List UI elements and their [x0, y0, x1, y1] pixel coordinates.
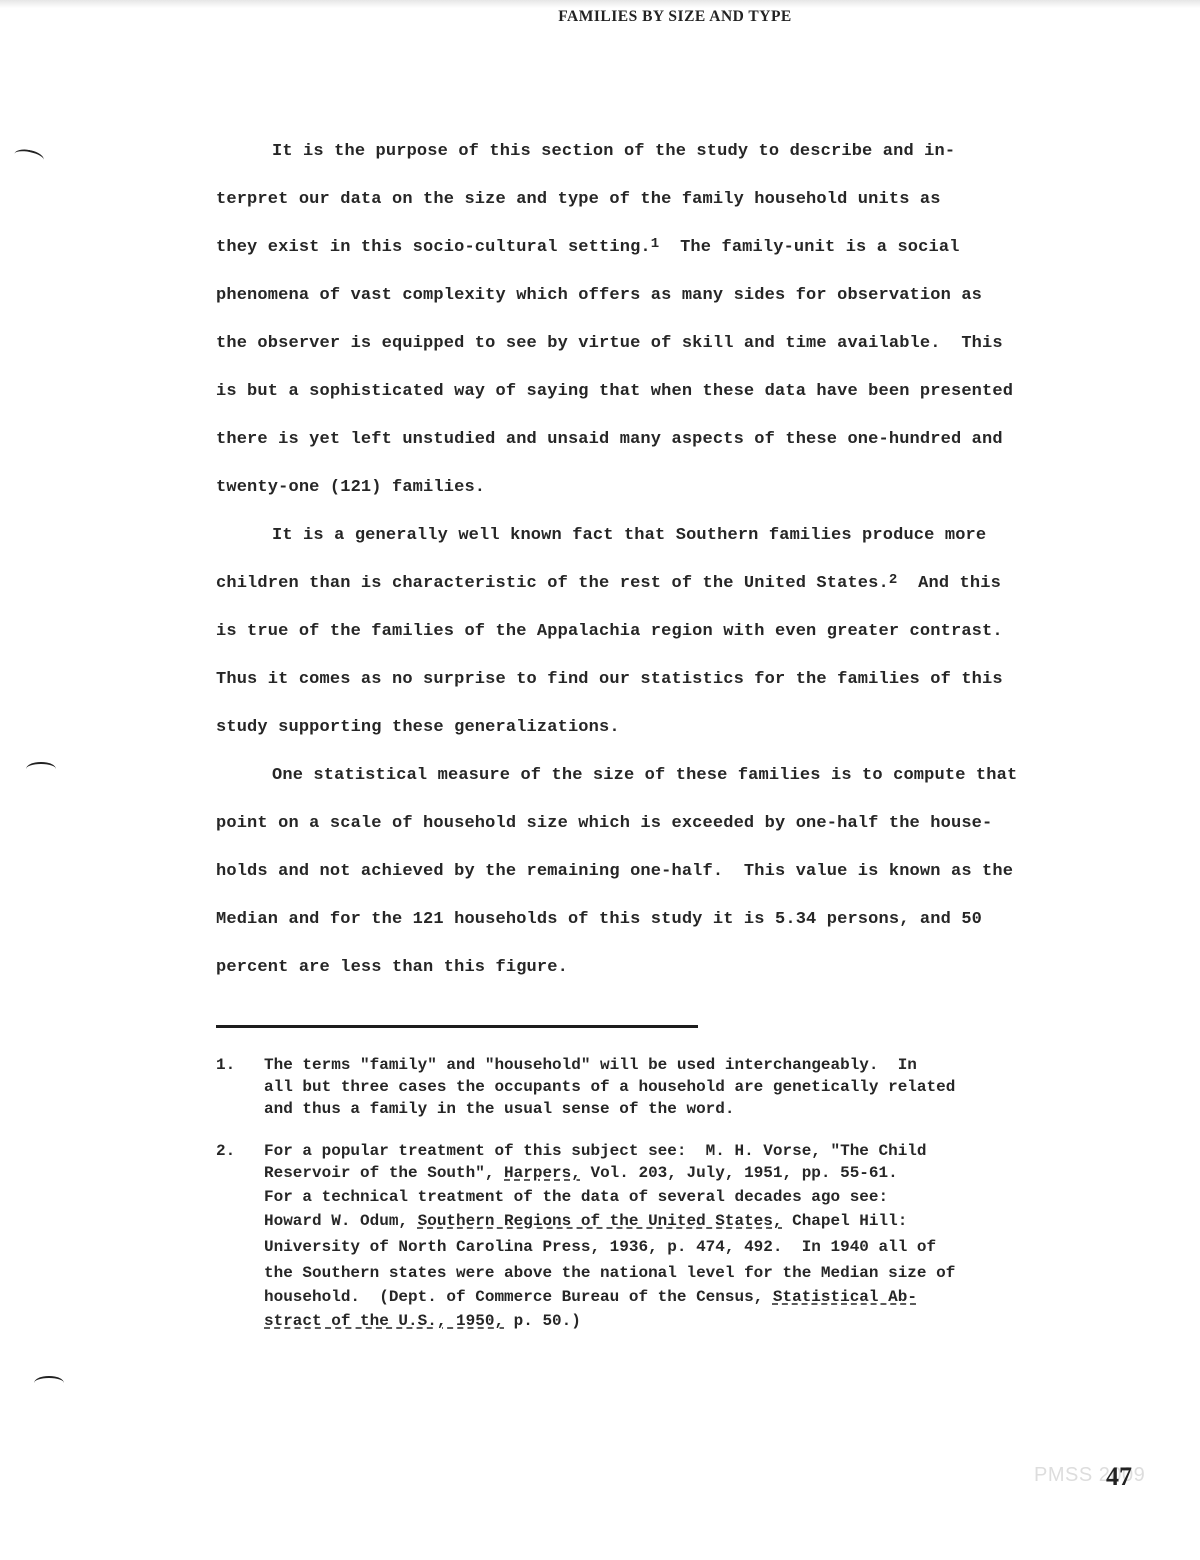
- footnote-2-line-2: Reservoir of the South", Harpers, Vol. 2…: [264, 1164, 898, 1182]
- margin-mark-3: [34, 1376, 64, 1390]
- footnote-2-line-6: the Southern states were above the natio…: [264, 1264, 955, 1282]
- paragraph-1-line-3: they exist in this socio-cultural settin…: [216, 238, 960, 258]
- footnote-2-line-8: stract of the U.S., 1950, p. 50.): [264, 1312, 581, 1330]
- footnote-2-text: Howard W. Odum,: [264, 1212, 418, 1230]
- footnote-2-number: 2.: [216, 1142, 235, 1160]
- citation-harpers: Harpers,: [504, 1164, 581, 1182]
- footnote-2-text: Chapel Hill:: [782, 1212, 907, 1230]
- paragraph-2-line-1: It is a generally well known fact that S…: [272, 526, 986, 546]
- paragraph-1-line-3-text: they exist in this socio-cultural settin…: [216, 238, 651, 257]
- paragraph-2-line-5: study supporting these generalizations.: [216, 718, 620, 738]
- margin-mark-1: [13, 147, 45, 167]
- footnote-ref-1: 1: [651, 236, 660, 252]
- paragraph-2-line-4: Thus it comes as no surprise to find our…: [216, 670, 1003, 690]
- citation-statistical-abstract: Statistical Ab-: [773, 1288, 917, 1306]
- footnote-2-text: household. (Dept. of Commerce Bureau of …: [264, 1288, 773, 1306]
- paragraph-3-line-4: Median and for the 121 households of thi…: [216, 910, 982, 930]
- paragraph-1-line-3-cont: The family-unit is a social: [680, 238, 960, 257]
- citation-statistical-abstract-cont: stract of the U.S., 1950,: [264, 1312, 504, 1330]
- document-page: FAMILIES BY SIZE AND TYPE It is the purp…: [0, 0, 1200, 1560]
- page-number: 47: [1106, 1462, 1132, 1492]
- footnote-2-line-4: Howard W. Odum, Southern Regions of the …: [264, 1212, 907, 1230]
- margin-mark-2: [26, 762, 56, 776]
- paragraph-3-line-2: point on a scale of household size which…: [216, 814, 992, 834]
- paragraph-2-line-2-cont: And this: [918, 574, 1001, 593]
- footnote-2-text: p. 50.): [504, 1312, 581, 1330]
- footnote-1-number: 1.: [216, 1056, 235, 1074]
- paragraph-1-line-4: phenomena of vast complexity which offer…: [216, 286, 982, 306]
- footnote-2-text: Reservoir of the South",: [264, 1164, 504, 1182]
- footnote-2-line-5: University of North Carolina Press, 1936…: [264, 1238, 936, 1256]
- footnote-1-line-3: and thus a family in the usual sense of …: [264, 1100, 734, 1118]
- paragraph-1-line-1: It is the purpose of this section of the…: [272, 142, 955, 162]
- paragraph-2-line-3: is true of the families of the Appalachi…: [216, 622, 1003, 642]
- footnote-ref-2: 2: [889, 572, 898, 588]
- paragraph-3-line-3: holds and not achieved by the remaining …: [216, 862, 1013, 882]
- footnote-2-line-7: household. (Dept. of Commerce Bureau of …: [264, 1288, 917, 1306]
- footnote-1-line-2: all but three cases the occupants of a h…: [264, 1078, 955, 1096]
- footnote-2-text: Vol. 203, July, 1951, pp. 55-61.: [581, 1164, 898, 1182]
- paragraph-3-line-5: percent are less than this figure.: [216, 958, 568, 978]
- footnote-divider: [216, 1025, 698, 1028]
- page-title: FAMILIES BY SIZE AND TYPE: [0, 8, 1200, 26]
- paragraph-2-line-2: children than is characteristic of the r…: [216, 574, 1001, 594]
- paragraph-1-line-6: is but a sophisticated way of saying tha…: [216, 382, 1013, 402]
- paragraph-1-line-7: there is yet left unstudied and unsaid m…: [216, 430, 1003, 450]
- paragraph-1-line-5: the observer is equipped to see by virtu…: [216, 334, 1003, 354]
- paragraph-2-line-2-text: children than is characteristic of the r…: [216, 574, 889, 593]
- footnote-2-line-1: For a popular treatment of this subject …: [264, 1142, 927, 1160]
- paragraph-1-line-2: terpret our data on the size and type of…: [216, 190, 941, 210]
- footnote-2-line-3: For a technical treatment of the data of…: [264, 1188, 888, 1206]
- paragraph-3-line-1: One statistical measure of the size of t…: [272, 766, 1017, 786]
- paragraph-1-line-8: twenty-one (121) families.: [216, 478, 485, 498]
- footnote-1-line-1: The terms "family" and "household" will …: [264, 1056, 917, 1074]
- scan-edge-shadow: [0, 0, 1200, 8]
- citation-southern-regions: Southern Regions of the United States,: [418, 1212, 783, 1230]
